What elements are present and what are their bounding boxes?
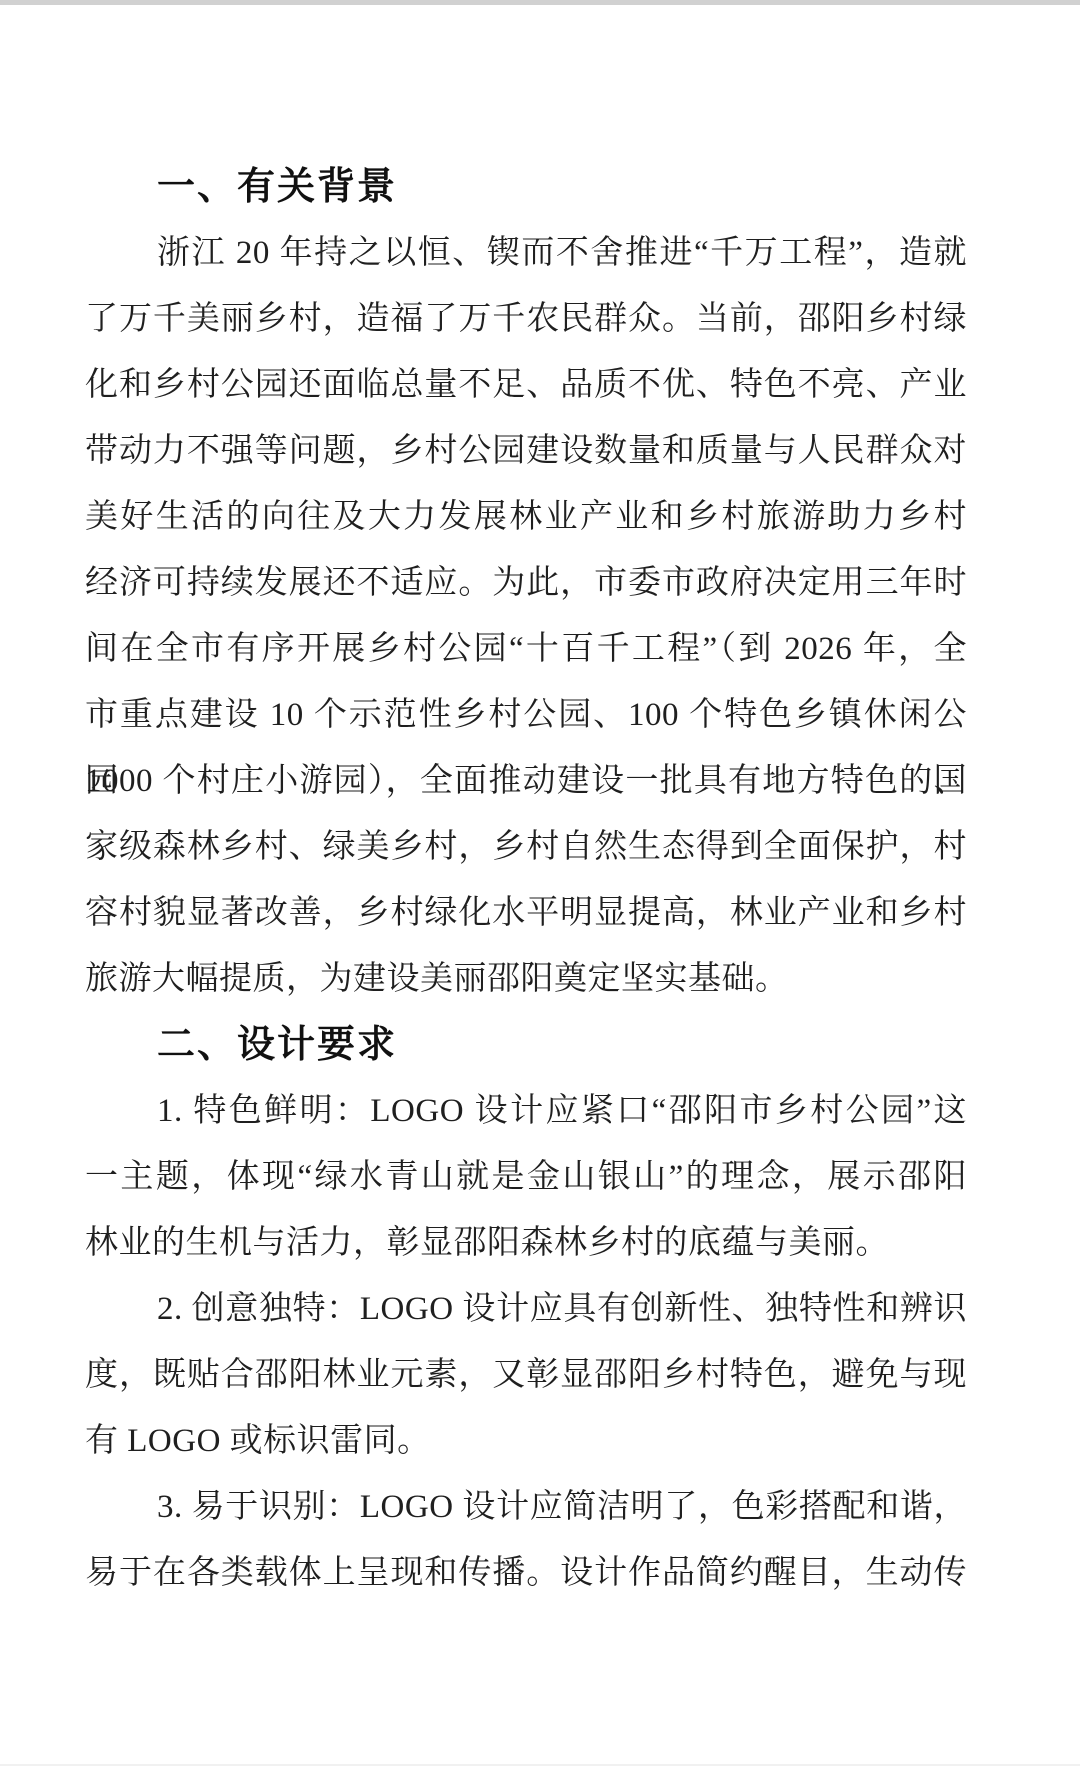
para-1-line-2: 了万千美丽乡村，造福了万千农民群众。当前，邵阳乡村绿	[85, 286, 967, 352]
document-page: 一、有关背景 浙江 20 年持之以恒、锲而不舍推进“千万工程”，造就 了万千美丽…	[85, 154, 967, 1606]
item-1-line-2: 一主题，体现“绿水青山就是金山银山”的理念，展示邵阳	[85, 1144, 967, 1210]
para-1-line-3: 化和乡村公园还面临总量不足、品质不优、特色不亮、产业	[85, 352, 967, 418]
item-2-line-3: 有 LOGO 或标识雷同。	[85, 1408, 967, 1474]
item-2-line-1: 2. 创意独特：LOGO 设计应具有创新性、独特性和辨识	[85, 1276, 967, 1342]
para-1-line-11: 容村貌显著改善，乡村绿化水平明显提高，林业产业和乡村	[85, 880, 967, 946]
window-top-edge-bar	[0, 0, 1080, 5]
para-1-line-4: 带动力不强等问题，乡村公园建设数量和质量与人民群众对	[85, 418, 967, 484]
item-3-line-1: 3. 易于识别：LOGO 设计应简洁明了，色彩搭配和谐，	[85, 1474, 967, 1540]
section-2-heading: 二、设计要求	[85, 1012, 967, 1078]
item-1-line-3: 林业的生机与活力，彰显邵阳森林乡村的底蕴与美丽。	[85, 1210, 967, 1276]
para-1-line-12: 旅游大幅提质，为建设美丽邵阳奠定坚实基础。	[85, 946, 967, 1012]
para-1-line-9: 1000 个村庄小游园），全面推动建设一批具有地方特色的国	[85, 748, 967, 814]
para-1-line-7: 间在全市有序开展乡村公园“十百千工程”（到 2026 年，全	[85, 616, 967, 682]
para-1-line-1: 浙江 20 年持之以恒、锲而不舍推进“千万工程”，造就	[85, 220, 967, 286]
item-3-line-2: 易于在各类载体上呈现和传播。设计作品简约醒目，生动传	[85, 1540, 967, 1606]
para-1-line-8: 市重点建设 10 个示范性乡村公园、100 个特色乡镇休闲公园、	[85, 682, 967, 748]
para-1-line-5: 美好生活的向往及大力发展林业产业和乡村旅游助力乡村	[85, 484, 967, 550]
page-bottom-shadow	[0, 1764, 1080, 1766]
item-1-line-1: 1. 特色鲜明：LOGO 设计应紧口“邵阳市乡村公园”这	[85, 1078, 967, 1144]
para-1-line-10: 家级森林乡村、绿美乡村，乡村自然生态得到全面保护，村	[85, 814, 967, 880]
para-1-line-6: 经济可持续发展还不适应。为此，市委市政府决定用三年时	[85, 550, 967, 616]
section-1-heading: 一、有关背景	[85, 154, 967, 220]
item-2-line-2: 度，既贴合邵阳林业元素，又彰显邵阳乡村特色，避免与现	[85, 1342, 967, 1408]
